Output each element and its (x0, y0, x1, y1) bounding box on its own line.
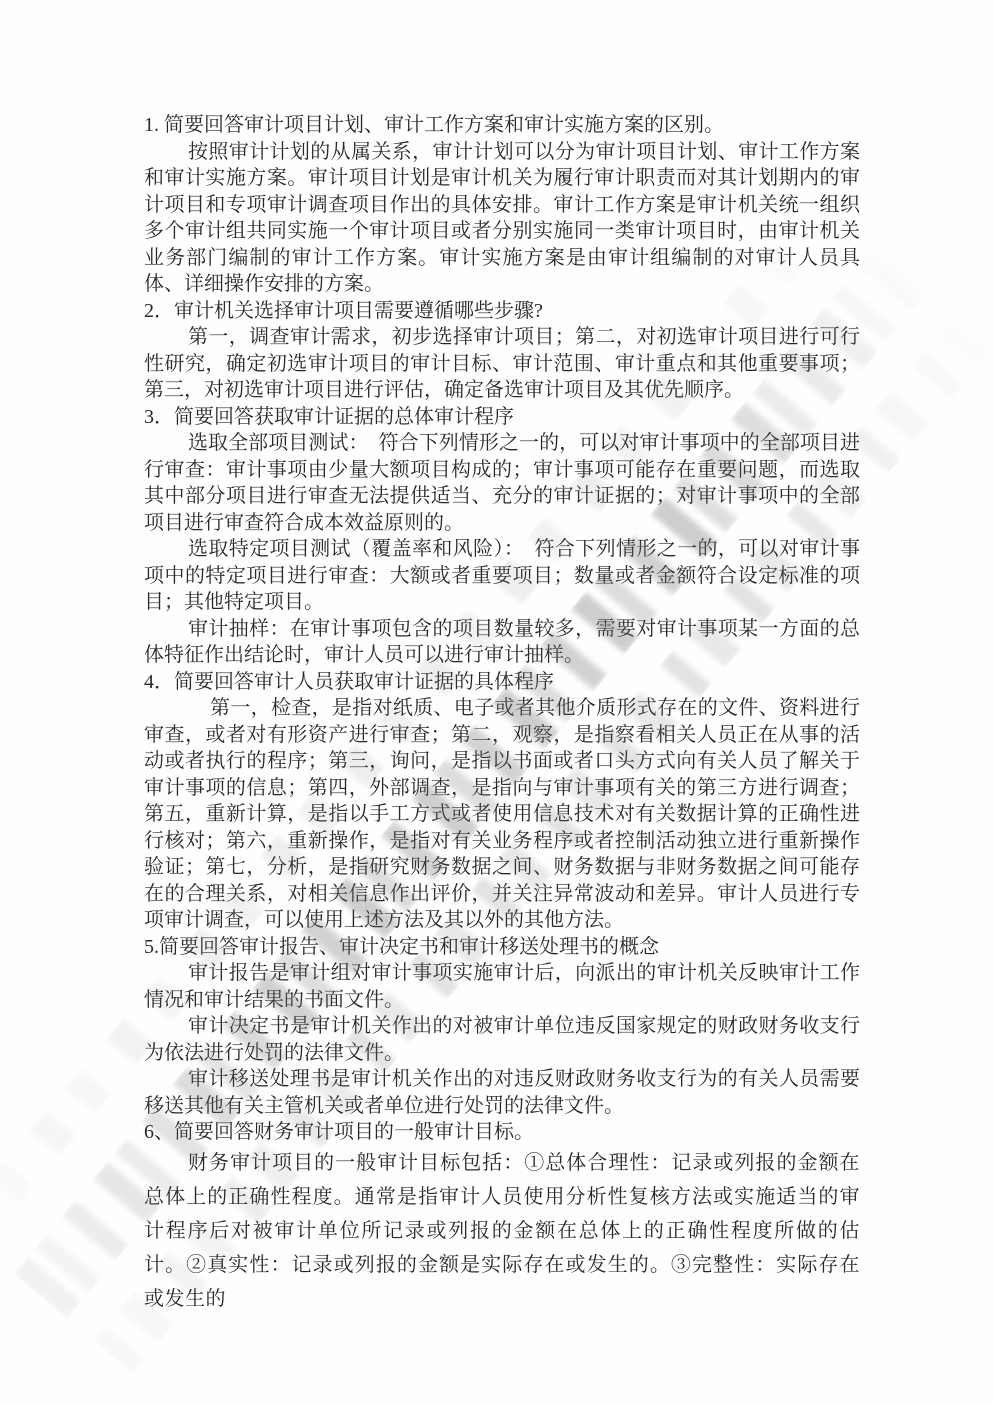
answer-1-paragraph: 按照审计计划的从属关系，审计计划可以分为审计项目计划、审计工作方案和审计实施方案… (144, 139, 860, 298)
document-body: 1. 简要回答审计项目计划、审计工作方案和审计实施方案的区别。 按照审计计划的从… (144, 112, 860, 1316)
answer-5-paragraph-transfer: 审计移送处理书是审计机关作出的对违反财政财务收支行为的有关人员需要移送其他有关主… (144, 1066, 860, 1119)
question-1-heading: 1. 简要回答审计项目计划、审计工作方案和审计实施方案的区别。 (144, 112, 860, 139)
question-6-heading: 6、简要回答财务审计项目的一般审计目标。 (144, 1119, 860, 1146)
answer-3-paragraph-sampling: 审计抽样：在审计事项包含的项目数量较多，需要对审计事项某一方面的总体特征作出结论… (144, 616, 860, 669)
document-page: 1. 简要回答审计项目计划、审计工作方案和审计实施方案的区别。 按照审计计划的从… (0, 0, 993, 1404)
answer-3-paragraph-full-test: 选取全部项目测试： 符合下列情形之一的，可以对审计事项中的全部项目进行审查：审计… (144, 430, 860, 536)
question-3-heading: 3．简要回答获取审计证据的总体审计程序 (144, 404, 860, 431)
answer-5-paragraph-report: 审计报告是审计组对审计事项实施审计后，向派出的审计机关反映审计工作情况和审计结果… (144, 960, 860, 1013)
answer-6-paragraph: 财务审计项目的一般审计目标包括：①总体合理性：记录或列报的金额在总体上的正确性程… (144, 1146, 860, 1316)
answer-4-paragraph: 第一，检查，是指对纸质、电子或者其他介质形式存在的文件、资料进行审查，或者对有形… (144, 695, 860, 934)
answer-3-paragraph-specific-test: 选取特定项目测试（覆盖率和风险）： 符合下列情形之一的，可以对审计事项中的特定项… (144, 536, 860, 616)
answer-2-paragraph: 第一，调查审计需求，初步选择审计项目；第二，对初选审计项目进行可行性研究，确定初… (144, 324, 860, 404)
question-4-heading: 4．简要回答审计人员获取审计证据的具体程序 (144, 669, 860, 696)
answer-5-paragraph-decision: 审计决定书是审计机关作出的对被审计单位违反国家规定的财政财务收支行为依法进行处罚… (144, 1013, 860, 1066)
question-5-heading: 5.简要回答审计报告、审计决定书和审计移送处理书的概念 (144, 934, 860, 961)
question-2-heading: 2．审计机关选择审计项目需要遵循哪些步骤? (144, 298, 860, 325)
